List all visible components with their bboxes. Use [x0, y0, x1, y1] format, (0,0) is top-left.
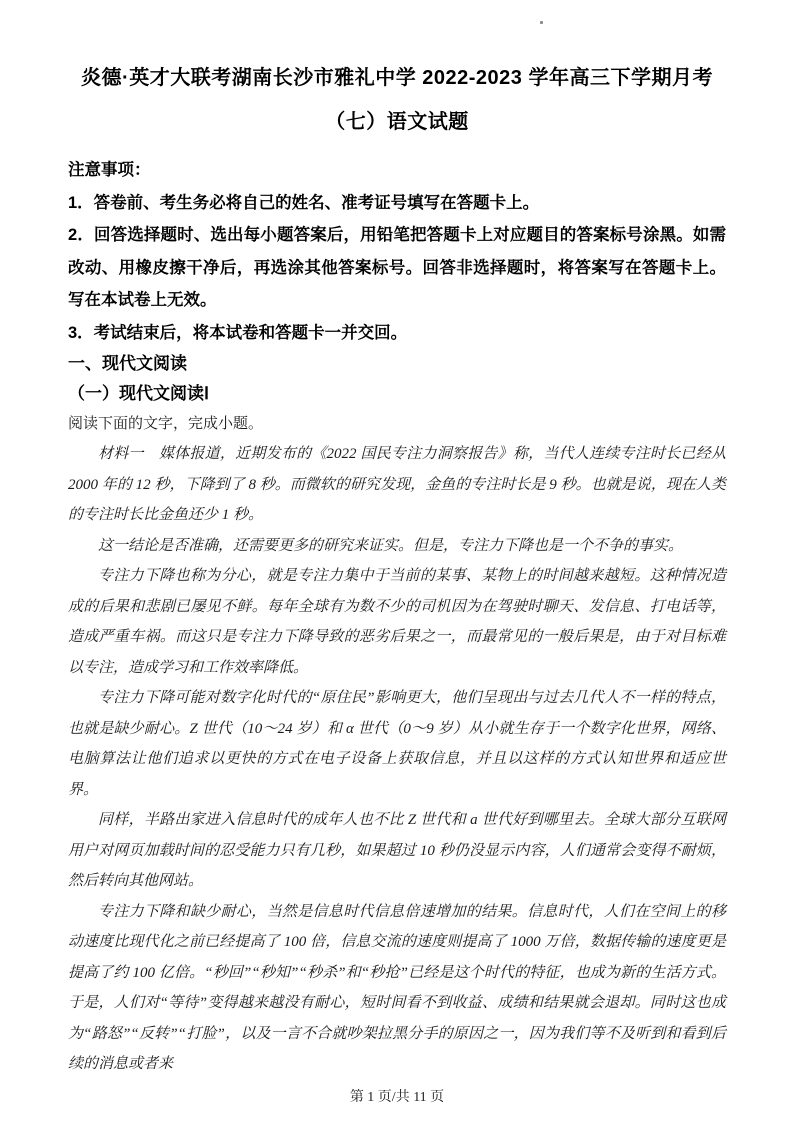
page-number-footer: 第 1 页/共 11 页 [0, 1089, 794, 1107]
passage-paragraph-2: 这一结论是否准确，还需要更多的研究来证实。但是，专注力下降也是一个不争的事实。 [68, 531, 726, 562]
passage-paragraph-5: 同样，半路出家进入信息时代的成年人也不比 Z 世代和 a 世代好到哪里去。全球大… [68, 805, 726, 897]
notice-section: 注意事项： 1．答卷前、考生务必将自己的姓名、准考证号填写在答题卡上。 2．回答… [68, 154, 726, 349]
passage-paragraph-1: 材料一 媒体报道，近期发布的《2022 国民专注力洞察报告》称，当代人连续专注时… [68, 439, 726, 531]
notice-item-2: 2．回答选择题时、选出每小题答案后，用铅笔把答题卡上对应题目的答案标号涂黑。如需… [68, 219, 726, 317]
document-page: 炎德·英才大联考湖南长沙市雅礼中学 2022-2023 学年高三下学期月考（七）… [0, 0, 794, 1123]
reading-instruction: 阅读下面的文字，完成小题。 [68, 409, 726, 439]
page-title: 炎德·英才大联考湖南长沙市雅礼中学 2022-2023 学年高三下学期月考（七）… [68, 56, 726, 144]
passage-paragraph-4: 专注力下降可能对数字化时代的“原住民”影响更大，他们呈现出与过去几代人不一样的特… [68, 683, 726, 805]
section-heading-modern-reading-1: （一）现代文阅读Ⅰ [68, 379, 726, 409]
passage-paragraph-6: 专注力下降和缺少耐心，当然是信息时代信息倍速增加的结果。信息时代，人们在空间上的… [68, 897, 726, 1080]
notice-item-3: 3．考试结束后，将本试卷和答题卡一并交回。 [68, 317, 726, 350]
notice-heading: 注意事项： [68, 154, 726, 187]
section-heading-part-one: 一、现代文阅读 [68, 349, 726, 379]
exam-paper-page: { "document": { "title": "炎德·英才大联考湖南长沙市雅… [0, 0, 794, 1123]
notice-item-1: 1．答卷前、考生务必将自己的姓名、准考证号填写在答题卡上。 [68, 187, 726, 220]
passage-paragraph-3: 专注力下降也称为分心，就是专注力集中于当前的某事、某物上的时间越来越短。这种情况… [68, 561, 726, 683]
reading-passage: 材料一 媒体报道，近期发布的《2022 国民专注力洞察报告》称，当代人连续专注时… [68, 439, 726, 1080]
